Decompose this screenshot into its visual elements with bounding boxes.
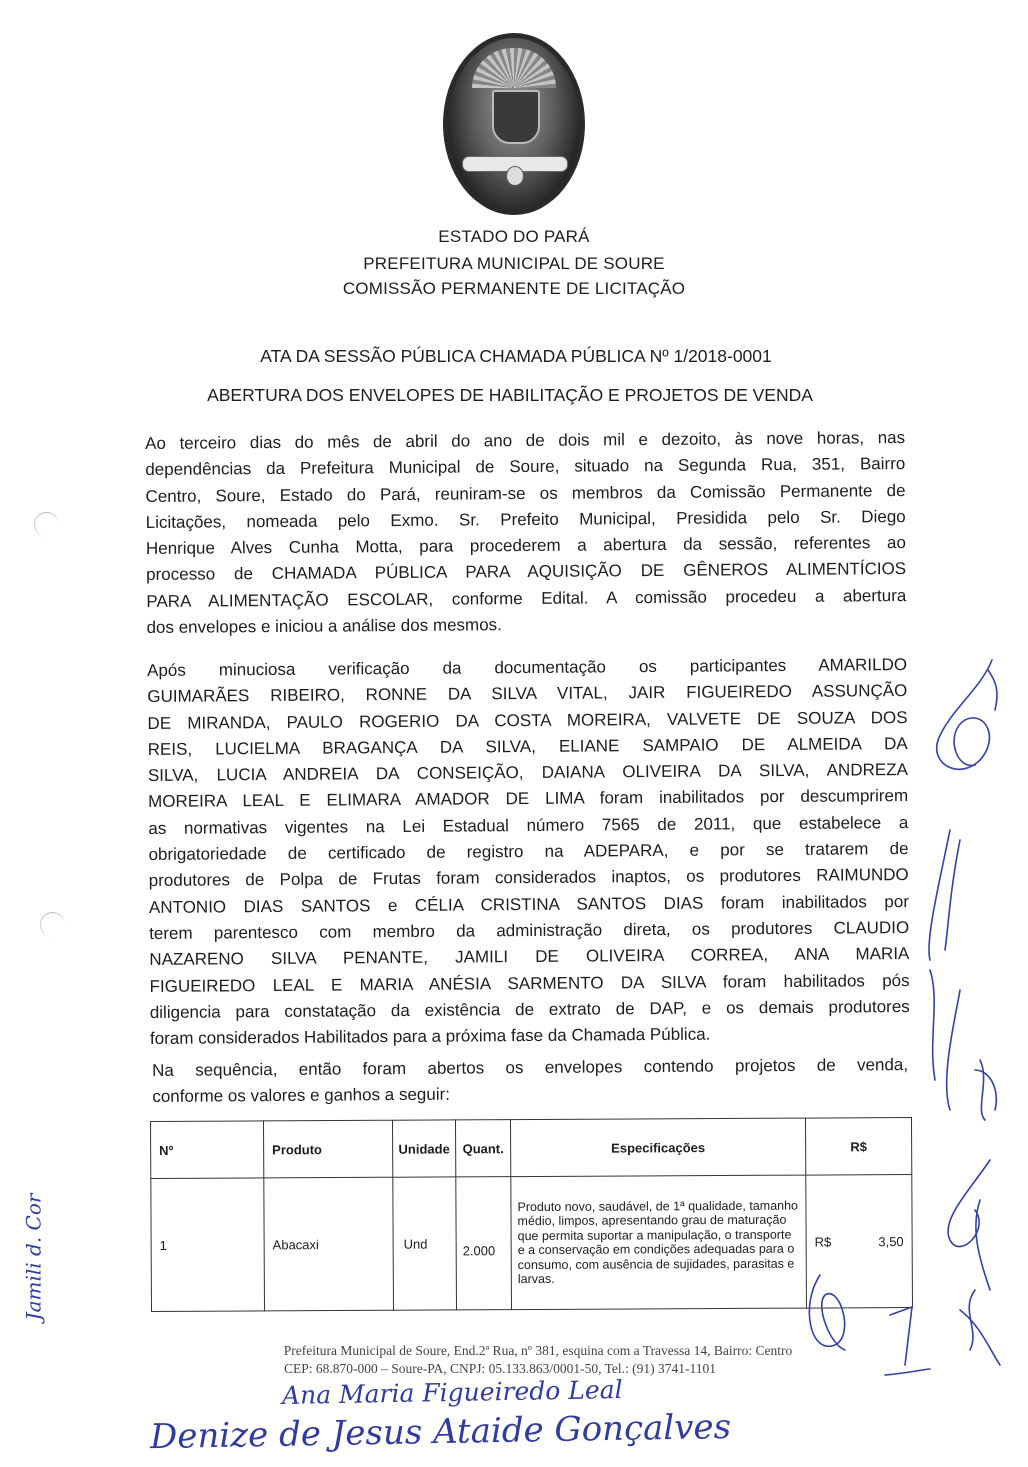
signature-scribble-icon bbox=[930, 1150, 1020, 1370]
paragraph-line: dos envelopes e iniciou a análise dos me… bbox=[146, 609, 906, 641]
price-currency: R$ bbox=[815, 1234, 832, 1249]
handwritten-name-ana-maria: Ana Maria Figueiredo Leal bbox=[282, 1375, 623, 1410]
letterhead-commission: COMISSÃO PERMANENTE DE LICITAÇÃO bbox=[0, 279, 1028, 299]
paragraph-opening: Ao terceiro dias do mês de abril do ano … bbox=[145, 425, 907, 641]
sun-rays-graphic bbox=[472, 48, 556, 88]
coat-of-arms-icon bbox=[443, 33, 585, 215]
signature-scribble-icon bbox=[920, 820, 1010, 1120]
punch-hole-mark bbox=[40, 912, 65, 937]
cell-number: 1 bbox=[151, 1178, 265, 1312]
paragraph-sales-projects: Na sequência, então foram abertos os env… bbox=[152, 1052, 908, 1111]
signature-scribble-icon bbox=[800, 1265, 930, 1385]
column-header-product: Produto bbox=[264, 1120, 393, 1178]
cell-quantity: 2.000 bbox=[456, 1177, 512, 1310]
table-header-row: Nº Produto Unidade Quant. Especificações… bbox=[151, 1118, 912, 1179]
column-header-price: R$ bbox=[805, 1118, 911, 1176]
column-header-number: Nº bbox=[151, 1121, 264, 1179]
cell-unit: Und bbox=[393, 1177, 457, 1310]
document-title: ATA DA SESSÃO PÚBLICA CHAMADA PÚBLICA Nº… bbox=[2, 346, 1028, 367]
price-value: 3,50 bbox=[878, 1234, 903, 1249]
column-header-specifications: Especificações bbox=[510, 1118, 805, 1177]
paragraph-qualification: Após minuciosa verificação da documentaç… bbox=[147, 652, 910, 1052]
sales-projects-table: Nº Produto Unidade Quant. Especificações… bbox=[150, 1117, 913, 1312]
column-header-unit: Unidade bbox=[392, 1120, 455, 1177]
paragraph-line: foram considerados Habilitados para a pr… bbox=[150, 1020, 910, 1052]
letterhead-state: ESTADO DO PARÁ bbox=[0, 227, 1028, 247]
letterhead-prefecture: PREFEITURA MUNICIPAL DE SOURE bbox=[0, 254, 1028, 274]
cell-specifications: Produto novo, saudável, de 1ª qualidade,… bbox=[511, 1175, 807, 1310]
column-header-quantity: Quant. bbox=[455, 1120, 510, 1177]
paragraph-line: conforme os valores e ganhos a seguir: bbox=[152, 1078, 908, 1110]
cell-product: Abacaxi bbox=[264, 1177, 394, 1311]
table-row: 1 Abacaxi Und 2.000 Produto novo, saudáv… bbox=[151, 1175, 913, 1312]
ribbon-knot-graphic bbox=[506, 166, 524, 186]
handwritten-margin-signature: Jamili d. Cor bbox=[21, 1194, 45, 1321]
signature-scribble-icon bbox=[930, 650, 1020, 820]
handwritten-name-denize: Denize de Jesus Ataide Gonçalves bbox=[150, 1407, 732, 1457]
punch-hole-mark bbox=[34, 512, 59, 537]
document-subtitle: ABERTURA DOS ENVELOPES DE HABILITAÇÃO E … bbox=[0, 385, 1024, 406]
shield-graphic bbox=[492, 90, 540, 144]
